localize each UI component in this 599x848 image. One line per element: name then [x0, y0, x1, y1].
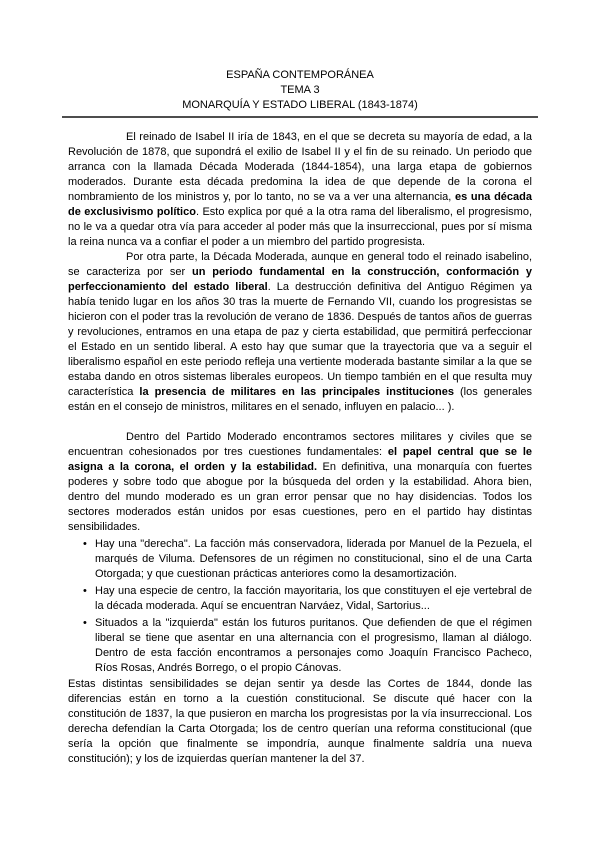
bullet-icon: • [83, 616, 87, 631]
title-line-1: ESPAÑA CONTEMPORÁNEA [68, 68, 532, 83]
title-line-2: TEMA 3 [68, 83, 532, 98]
bullet-icon: • [83, 537, 87, 552]
document-content: ESPAÑA CONTEMPORÁNEA TEMA 3 MONARQUÍA Y … [0, 0, 599, 767]
bullet-list: • Hay una "derecha". La facción más cons… [68, 537, 532, 676]
list-item-izquierda: • Situados a la "izquierda" están los fu… [68, 616, 532, 676]
paragraph-1: El reinado de Isabel II iría de 1843, en… [68, 130, 532, 250]
list-item-derecha-text: Hay una "derecha". La facción más conser… [95, 538, 532, 580]
paragraph-2: Por otra parte, la Década Moderada, aunq… [68, 250, 532, 415]
paragraph-3: Dentro del Partido Moderado encontramos … [68, 430, 532, 535]
list-item-izquierda-text: Situados a la "izquierda" están los futu… [95, 617, 532, 674]
paragraph-4-run-1: Estas distintas sensibilidades se dejan … [68, 678, 532, 765]
list-item-centro-text: Hay una especie de centro, la facción ma… [95, 585, 532, 612]
paragraph-2-run-3: . La destrucción definitiva del Antiguo … [68, 281, 532, 398]
document-page: ESPAÑA CONTEMPORÁNEA TEMA 3 MONARQUÍA Y … [0, 0, 599, 848]
paragraph-2-bold-run-2: la presencia de militares en las princip… [139, 386, 454, 398]
title-line-3: MONARQUÍA Y ESTADO LIBERAL (1843-1874) [68, 98, 532, 113]
bullet-icon: • [83, 584, 87, 599]
list-item-centro: • Hay una especie de centro, la facción … [68, 584, 532, 614]
paragraph-4: Estas distintas sensibilidades se dejan … [68, 677, 532, 767]
document-title-block: ESPAÑA CONTEMPORÁNEA TEMA 3 MONARQUÍA Y … [68, 68, 532, 118]
list-item-derecha: • Hay una "derecha". La facción más cons… [68, 537, 532, 582]
title-underline-rule [62, 116, 538, 118]
